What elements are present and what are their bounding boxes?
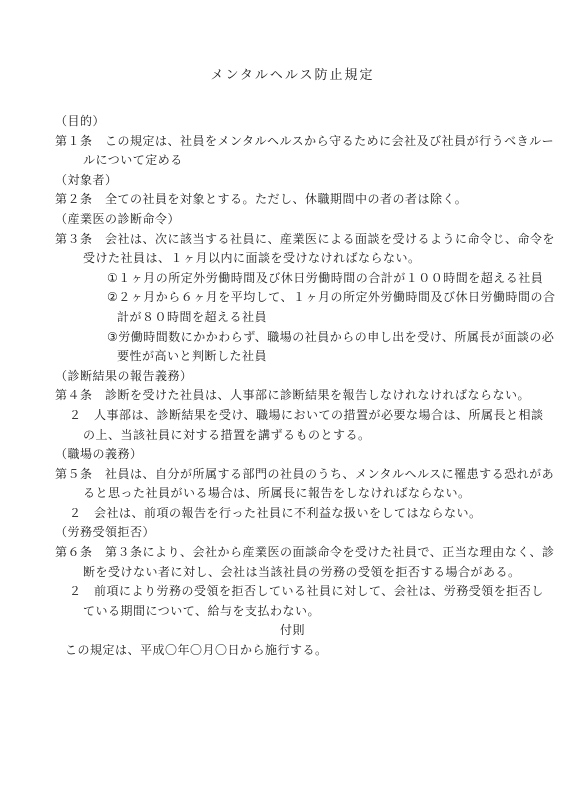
document-body: （目的） 第１条 この規定は、社員をメンタルヘルスから守るために会社及び社員が行… (0, 112, 585, 661)
article-5-para-2-line-1: ２ 会社は、前項の報告を行った社員に不利益な扱いをしてはならない。 (0, 504, 585, 524)
article-5-line-1: 第５条 社員は、自分が所属する部門の社員のうち、メンタルヘルスに罹患する恐れがあ (0, 465, 585, 485)
article-4-para-2-line-2: の上、当該社員に対する措置を講ずるものとする。 (0, 426, 585, 446)
article-1-line-1: 第１条 この規定は、社員をメンタルヘルスから守るために会社及び社員が行うべきルー (0, 132, 585, 152)
section-heading-labor-refusal: （労務受領拒否） (0, 523, 585, 543)
article-5-line-2: ると思った社員がいる場合は、所属長に報告をしなければならない。 (0, 484, 585, 504)
article-3-line-2: 受けた社員は、１ヶ月以内に面談を受けなければならない。 (0, 249, 585, 269)
section-heading-doctor-order: （産業医の診断命令） (0, 210, 585, 230)
article-3-item-3-line-2: 要性が高いと判断した社員 (0, 347, 585, 367)
article-6-line-2: 断を受けない者に対し、会社は当該社員の労務の受領を拒否する場合がある。 (0, 563, 585, 583)
article-3-item-2-line-2: 計が８０時間を超える社員 (0, 308, 585, 328)
section-heading-workplace: （職場の義務） (0, 445, 585, 465)
article-1-line-2: ルについて定める (0, 151, 585, 171)
section-heading-report-duty: （診断結果の報告義務） (0, 367, 585, 387)
article-3-item-3-line-1: ③労働時間数にかかわらず、職場の社員からの申し出を受け、所属長が面談の必 (0, 328, 585, 348)
appendix-heading: 付則 (0, 621, 585, 641)
enforcement-date-line: この規定は、平成〇年〇月〇日から施行する。 (0, 641, 585, 661)
article-6-para-2-line-2: ている期間について、給与を支払わない。 (0, 602, 585, 622)
article-3-line-1: 第３条 会社は、次に該当する社員に、産業医による面談を受けるように命令じ、命令を (0, 230, 585, 250)
article-3-item-1: ①１ヶ月の所定外労働時間及び休日労働時間の合計が１００時間を超える社員 (0, 269, 585, 289)
article-3-item-2-line-1: ②２ヶ月から６ヶ月を平均して、１ヶ月の所定外労働時間及び休日労働時間の合 (0, 288, 585, 308)
article-2-line-1: 第２条 全ての社員を対象とする。ただし、休職期間中の者の者は除く。 (0, 190, 585, 210)
article-4-para-2-line-1: ２ 人事部は、診断結果を受け、職場においての措置が必要な場合は、所属長と相談 (0, 406, 585, 426)
article-4-line-1: 第４条 診断を受けた社員は、人事部に診断結果を報告しなけれなければならない。 (0, 386, 585, 406)
section-heading-purpose: （目的） (0, 112, 585, 132)
document-page: メンタルヘルス防止規定 （目的） 第１条 この規定は、社員をメンタルヘルスから守… (0, 0, 585, 799)
document-title: メンタルヘルス防止規定 (0, 0, 585, 86)
section-heading-scope: （対象者） (0, 171, 585, 191)
article-6-para-2-line-1: ２ 前項により労務の受領を拒否している社員に対して、会社は、労務受領を拒否し (0, 582, 585, 602)
article-6-line-1: 第６条 第３条により、会社から産業医の面談命令を受けた社員で、正当な理由なく、診 (0, 543, 585, 563)
